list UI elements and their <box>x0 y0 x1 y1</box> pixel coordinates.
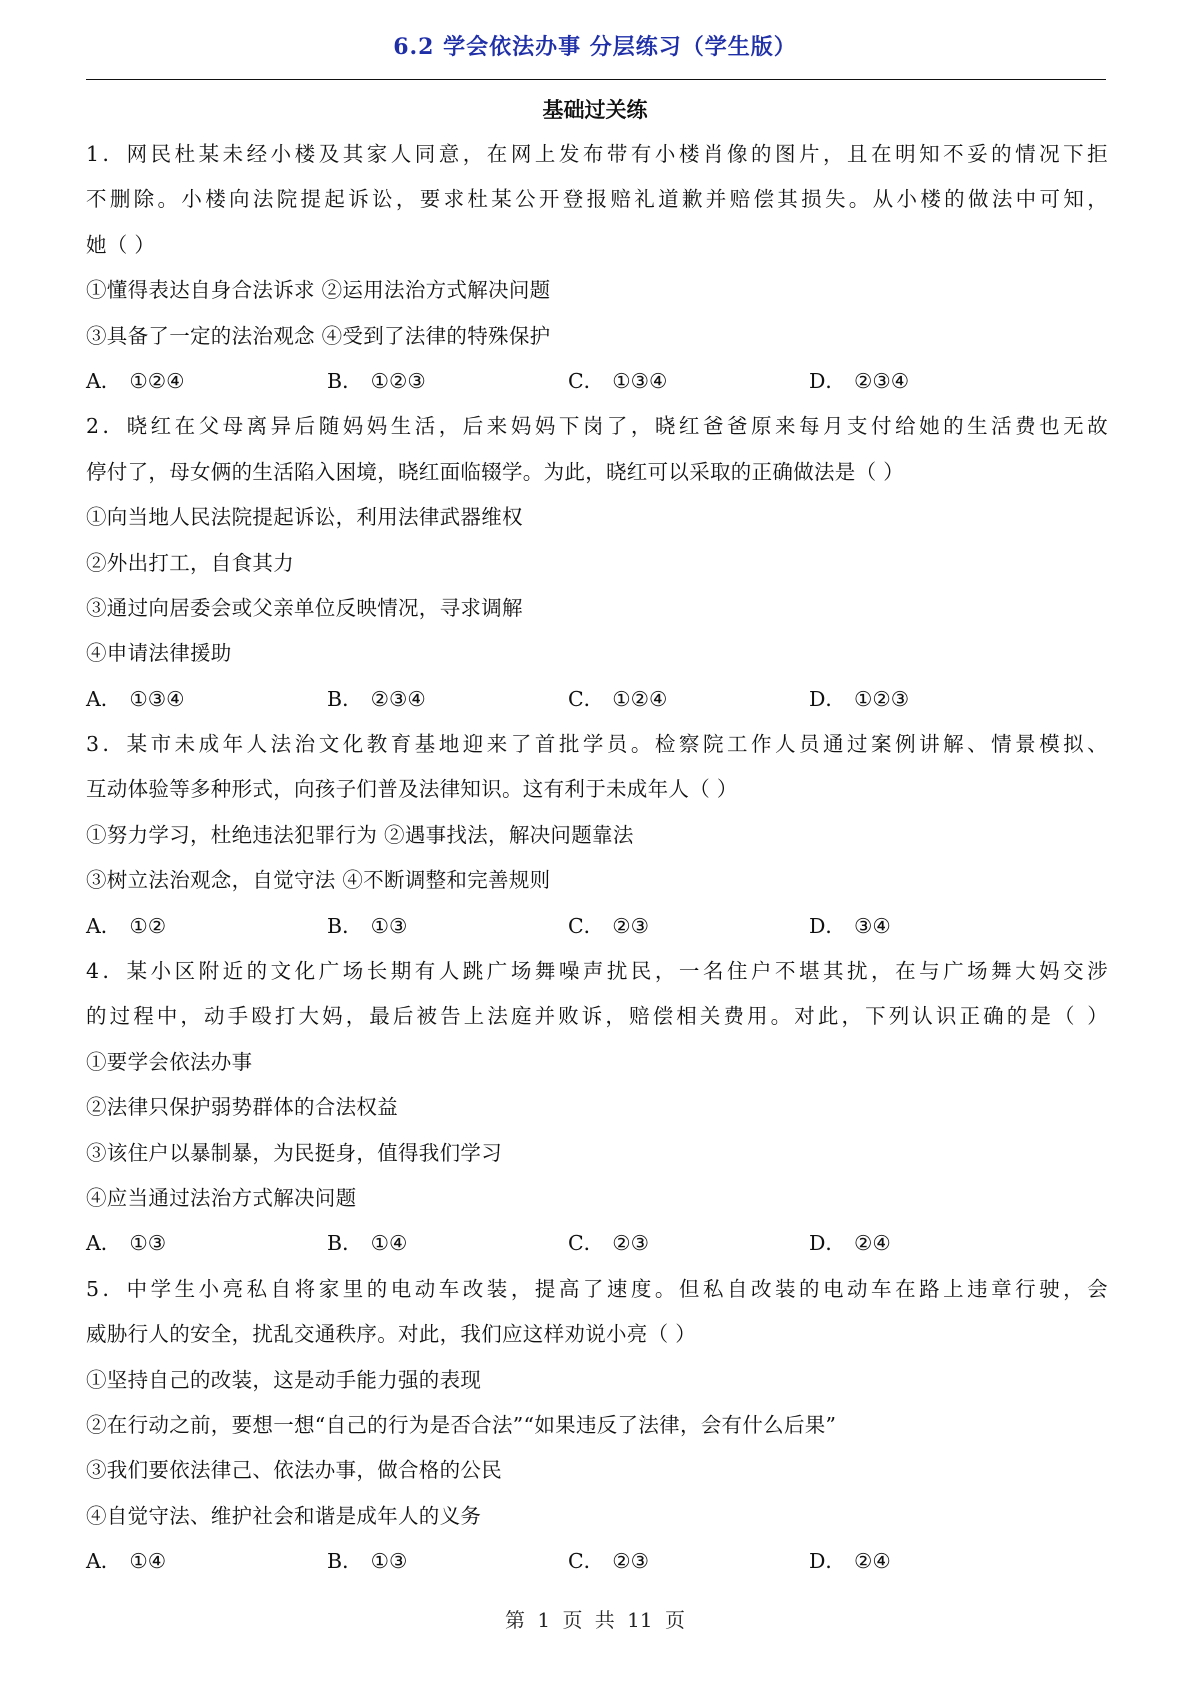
option-b: B．①③ <box>327 904 568 949</box>
option-letter: B． <box>327 687 363 711</box>
option-letter: A． <box>86 914 121 938</box>
option-letter: C． <box>568 1549 604 1573</box>
option-letter: B． <box>327 1231 363 1255</box>
option-letter: C． <box>568 1231 604 1255</box>
options-row: A．①③ B．①④ C．②③ D．②④ <box>86 1221 1108 1266</box>
option-letter: D． <box>809 1231 846 1255</box>
option-a: A．①③④ <box>86 677 327 722</box>
option-d: D．③④ <box>809 904 1050 949</box>
option-letter: A． <box>86 1549 121 1573</box>
option-d: D．②③④ <box>809 359 1050 404</box>
option-value: ①②④ <box>129 369 184 393</box>
statement-line: ③通过向居委会或父亲单位反映情况，寻求调解 <box>86 586 1108 631</box>
statement-line: ④自觉守法、维护社会和谐是成年人的义务 <box>86 1494 1108 1539</box>
statement-line: ①要学会依法办事 <box>86 1040 1108 1085</box>
option-value: ①② <box>129 914 166 938</box>
statement-line: ③该住户以暴制暴，为民挺身，值得我们学习 <box>86 1131 1108 1176</box>
option-d: D．①②③ <box>809 677 1050 722</box>
option-letter: A． <box>86 687 121 711</box>
statement-line: ①懂得表达自身合法诉求 ②运用法治方式解决问题 <box>86 268 1108 313</box>
option-letter: A． <box>86 369 121 393</box>
option-c: C．①②④ <box>568 677 809 722</box>
option-c: C．②③ <box>568 904 809 949</box>
option-c: C．②③ <box>568 1221 809 1266</box>
option-letter: D． <box>809 687 846 711</box>
statement-line: ②外出打工，自食其力 <box>86 541 1108 586</box>
option-letter: B． <box>327 369 363 393</box>
option-d: D．②④ <box>809 1221 1050 1266</box>
option-value: ①③④ <box>129 687 184 711</box>
option-c: C．①③④ <box>568 359 809 404</box>
option-a: A．①③ <box>86 1221 327 1266</box>
options-row: A．①②④ B．①②③ C．①③④ D．②③④ <box>86 359 1108 404</box>
question-3: 3．某市未成年人法治文化教育基地迎来了首批学员。检察院工作人员通过案例讲解、情景… <box>86 722 1108 949</box>
option-letter: C． <box>568 369 604 393</box>
question-stem-line: 5．中学生小亮私自将家里的电动车改装，提高了速度。但私自改装的电动车在路上违章行… <box>86 1267 1108 1312</box>
question-stem-line: 停付了，母女俩的生活陷入困境，晓红面临辍学。为此，晓红可以采取的正确做法是（ ） <box>86 450 1108 495</box>
option-a: A．①②④ <box>86 359 327 404</box>
option-value: ②④ <box>854 1549 891 1573</box>
option-value: ①④ <box>371 1231 408 1255</box>
option-b: B．①③ <box>327 1539 568 1584</box>
question-stem-line: 3．某市未成年人法治文化教育基地迎来了首批学员。检察院工作人员通过案例讲解、情景… <box>86 722 1108 767</box>
option-value: ②③④ <box>854 369 909 393</box>
question-2: 2．晓红在父母离异后随妈妈生活，后来妈妈下岗了，晓红爸爸原来每月支付给她的生活费… <box>86 404 1108 722</box>
option-letter: C． <box>568 687 604 711</box>
option-value: ①③ <box>371 1549 408 1573</box>
statement-line: ④申请法律援助 <box>86 631 1108 676</box>
question-stem-line: 不删除。小楼向法院提起诉讼，要求杜某公开登报赔礼道歉并赔偿其损失。从小楼的做法中… <box>86 177 1108 222</box>
option-a: A．①④ <box>86 1539 327 1584</box>
option-value: ②③ <box>612 1231 649 1255</box>
section-title: 基础过关练 <box>0 94 1190 124</box>
option-letter: D． <box>809 369 846 393</box>
option-letter: D． <box>809 914 846 938</box>
title-divider <box>86 79 1106 80</box>
options-row: A．①③④ B．②③④ C．①②④ D．①②③ <box>86 677 1108 722</box>
option-value: ①③④ <box>612 369 667 393</box>
statement-line: ①向当地人民法院提起诉讼，利用法律武器维权 <box>86 495 1108 540</box>
statement-line: ①坚持自己的改装，这是动手能力强的表现 <box>86 1358 1108 1403</box>
option-value: ①②③ <box>854 687 909 711</box>
question-stem-line: 她（ ） <box>86 223 1108 268</box>
option-value: ①②③ <box>371 369 426 393</box>
option-letter: C． <box>568 914 604 938</box>
statement-line: ①努力学习，杜绝违法犯罪行为 ②遇事找法，解决问题靠法 <box>86 813 1108 858</box>
statement-line: ④应当通过法治方式解决问题 <box>86 1176 1108 1221</box>
question-5: 5．中学生小亮私自将家里的电动车改装，提高了速度。但私自改装的电动车在路上违章行… <box>86 1267 1108 1585</box>
option-b: B．②③④ <box>327 677 568 722</box>
option-b: B．①②③ <box>327 359 568 404</box>
question-stem-line: 2．晓红在父母离异后随妈妈生活，后来妈妈下岗了，晓红爸爸原来每月支付给她的生活费… <box>86 404 1108 449</box>
option-value: ①④ <box>129 1549 166 1573</box>
statement-line: ③具备了一定的法治观念 ④受到了法律的特殊保护 <box>86 314 1108 359</box>
statement-line: ②法律只保护弱势群体的合法权益 <box>86 1085 1108 1130</box>
option-letter: B． <box>327 1549 363 1573</box>
option-value: ②③④ <box>371 687 426 711</box>
option-value: ①③ <box>129 1231 166 1255</box>
option-value: ②④ <box>854 1231 891 1255</box>
option-b: B．①④ <box>327 1221 568 1266</box>
question-list: 1．网民杜某未经小楼及其家人同意，在网上发布带有小楼肖像的图片，且在明知不妥的情… <box>86 132 1108 1585</box>
statement-line: ③树立法治观念，自觉守法 ④不断调整和完善规则 <box>86 858 1108 903</box>
option-c: C．②③ <box>568 1539 809 1584</box>
page-footer: 第 1 页 共 11 页 <box>0 1604 1190 1633</box>
option-value: ③④ <box>854 914 891 938</box>
question-stem-line: 互动体验等多种形式，向孩子们普及法律知识。这有利于未成年人（ ） <box>86 767 1108 812</box>
option-letter: D． <box>809 1549 846 1573</box>
option-d: D．②④ <box>809 1539 1050 1584</box>
option-letter: A． <box>86 1231 121 1255</box>
question-stem-line: 威胁行人的安全，扰乱交通秩序。对此，我们应这样劝说小亮（ ） <box>86 1312 1108 1357</box>
question-4: 4．某小区附近的文化广场长期有人跳广场舞噪声扰民，一名住户不堪其扰，在与广场舞大… <box>86 949 1108 1267</box>
options-row: A．①② B．①③ C．②③ D．③④ <box>86 904 1108 949</box>
option-value: ①③ <box>371 914 408 938</box>
option-a: A．①② <box>86 904 327 949</box>
option-letter: B． <box>327 914 363 938</box>
option-value: ①②④ <box>612 687 667 711</box>
options-row: A．①④ B．①③ C．②③ D．②④ <box>86 1539 1108 1584</box>
option-value: ②③ <box>612 1549 649 1573</box>
option-value: ②③ <box>612 914 649 938</box>
question-1: 1．网民杜某未经小楼及其家人同意，在网上发布带有小楼肖像的图片，且在明知不妥的情… <box>86 132 1108 404</box>
statement-line: ②在行动之前，要想一想“自己的行为是否合法”“如果违反了法律，会有什么后果” <box>86 1403 1108 1448</box>
question-stem-line: 4．某小区附近的文化广场长期有人跳广场舞噪声扰民，一名住户不堪其扰，在与广场舞大… <box>86 949 1108 994</box>
statement-line: ③我们要依法律己、依法办事，做合格的公民 <box>86 1448 1108 1493</box>
question-stem-line: 1．网民杜某未经小楼及其家人同意，在网上发布带有小楼肖像的图片，且在明知不妥的情… <box>86 132 1108 177</box>
page-title: 6.2 学会依法办事 分层练习（学生版） <box>0 30 1190 61</box>
question-stem-line: 的过程中，动手殴打大妈，最后被告上法庭并败诉，赔偿相关费用。对此，下列认识正确的… <box>86 994 1108 1039</box>
